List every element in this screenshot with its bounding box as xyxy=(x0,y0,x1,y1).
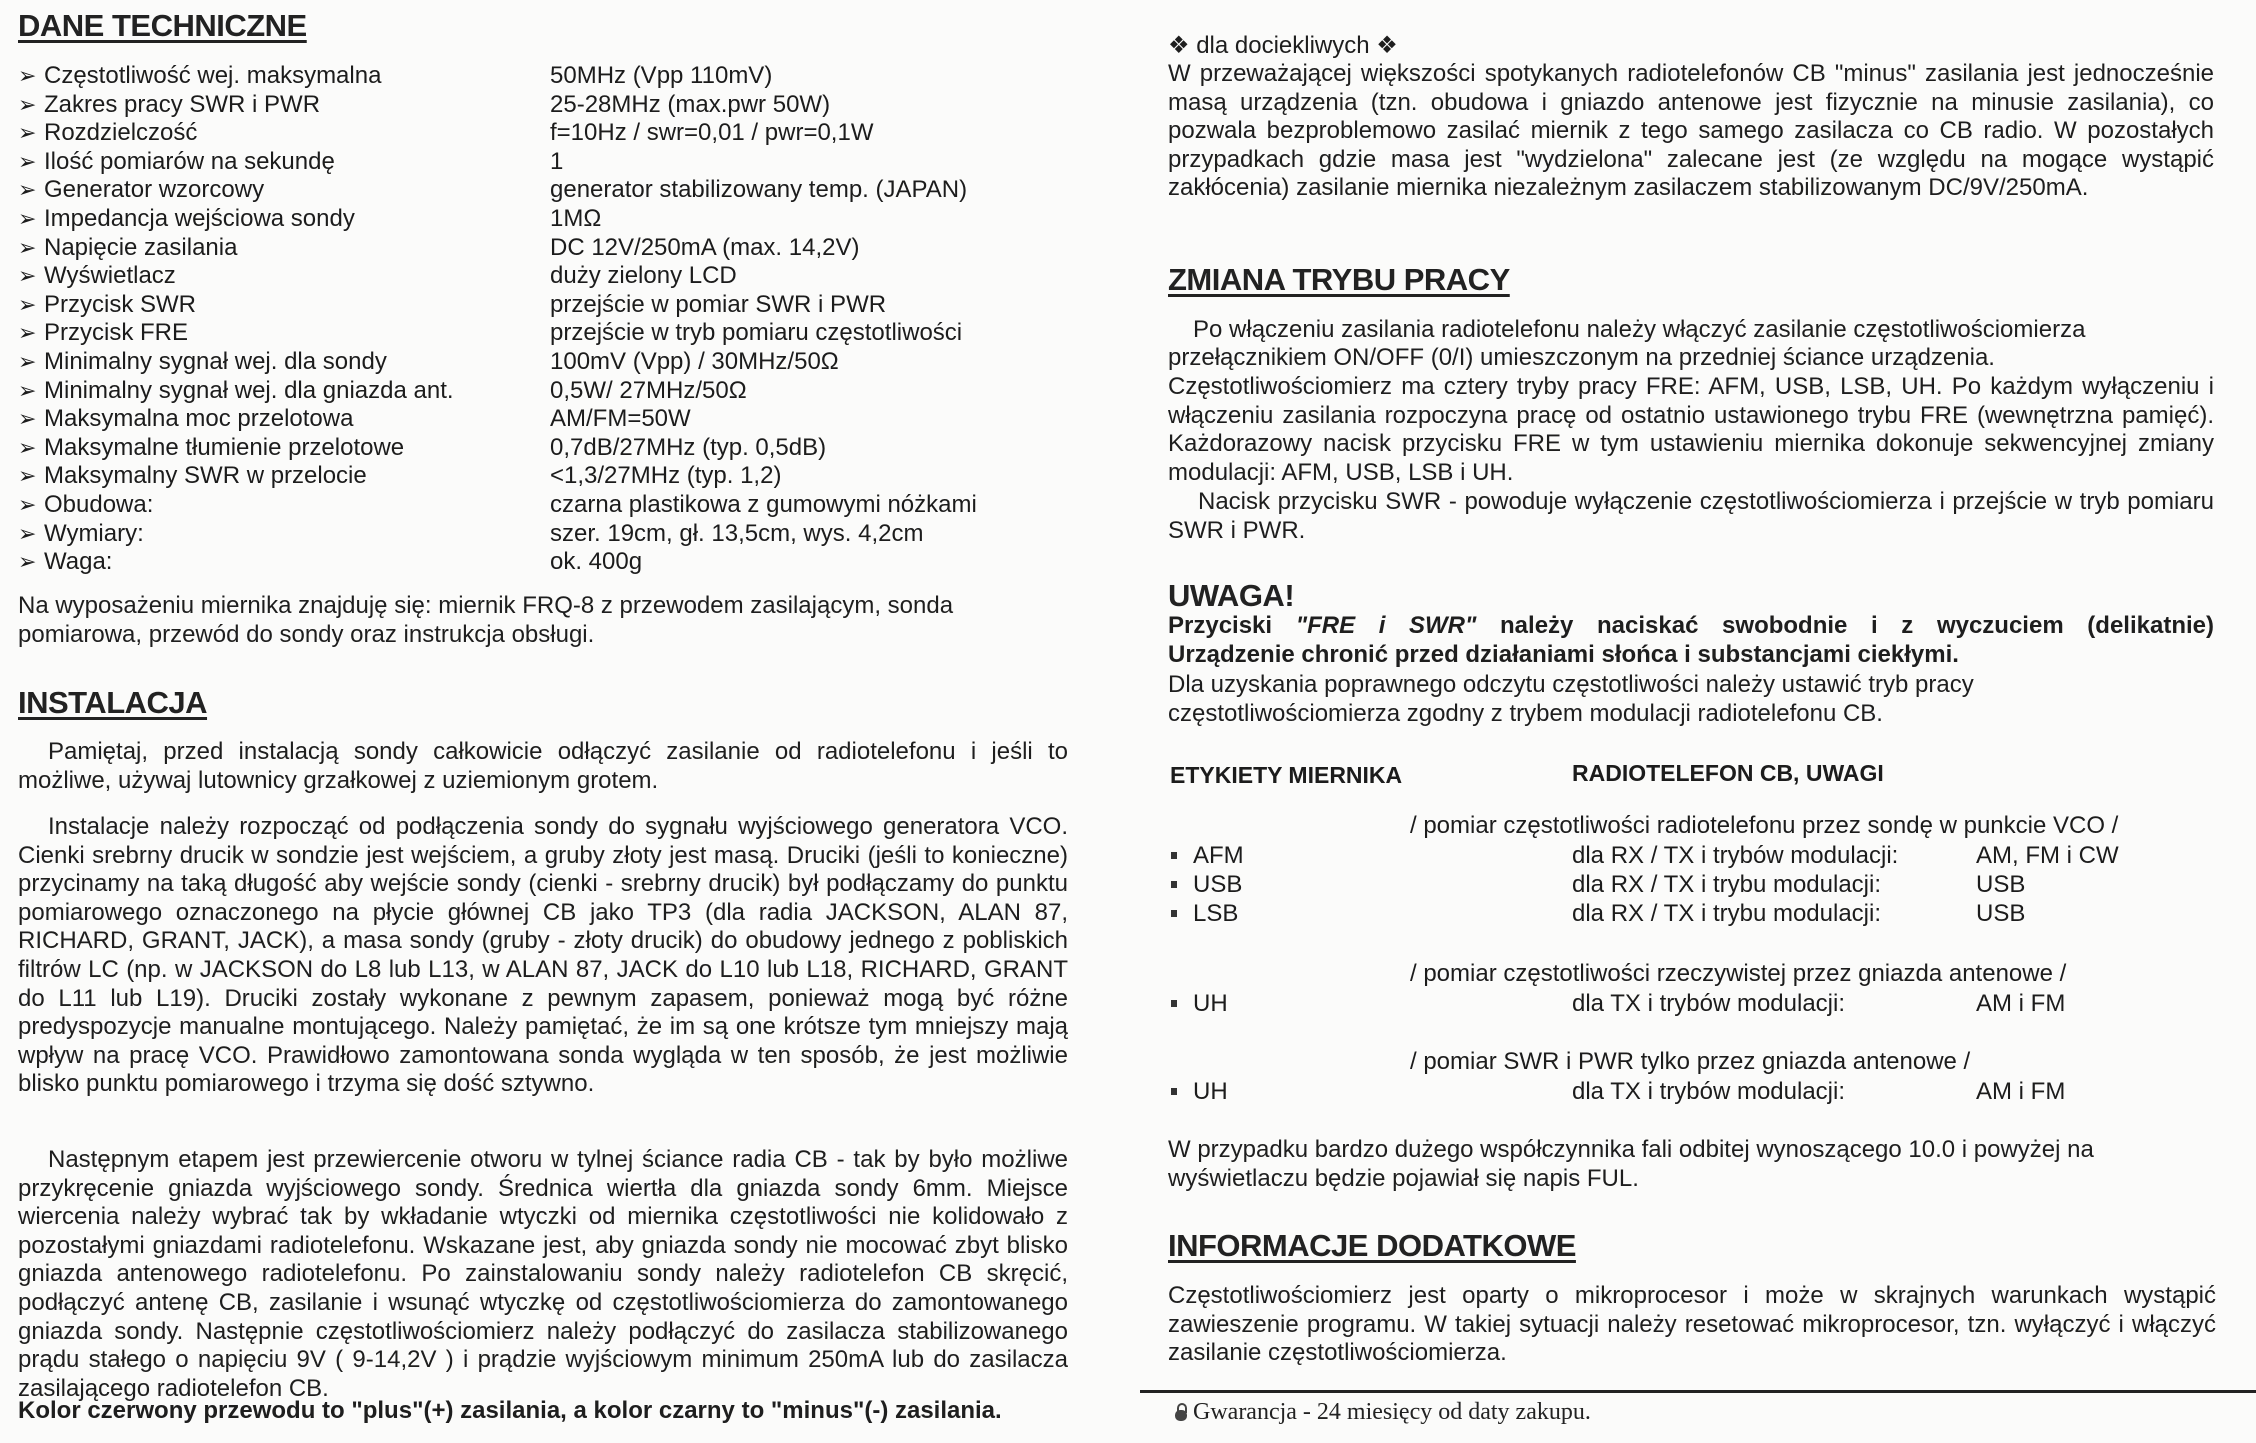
spec-row: ➢Maksymalne tłumienie przelotowe0,7dB/27… xyxy=(18,434,1073,463)
mode-description: dla TX i trybów modulacji: xyxy=(1572,1078,1845,1106)
uwaga-line2: Urządzenie chronić przed działaniami sło… xyxy=(1168,641,1959,670)
spec-label: Generator wzorcowy xyxy=(44,176,264,205)
heading-zmiana-trybu-pracy: ZMIANA TRYBU PRACY xyxy=(1168,262,1510,298)
arrow-bullet-icon: ➢ xyxy=(18,520,36,549)
docieklivi-text: W przeważającej większości spotykanych r… xyxy=(1168,60,2214,203)
spec-value: f=10Hz / swr=0,01 / pwr=0,1W xyxy=(550,119,873,148)
instalacja-paragraph-1: Pamiętaj, przed instalacją sondy całkowi… xyxy=(18,738,1068,795)
spec-list: ➢Częstotliwość wej. maksymalna50MHz (Vpp… xyxy=(18,62,1073,577)
arrow-bullet-icon: ➢ xyxy=(18,91,36,120)
spec-label: Waga: xyxy=(44,548,112,577)
table-header-labels: ETYKIETY MIERNIKA xyxy=(1170,762,1402,789)
spec-value: przejście w pomiar SWR i PWR xyxy=(550,291,886,320)
arrow-bullet-icon: ➢ xyxy=(18,205,36,234)
diamond-icon: ❖ xyxy=(1376,32,1398,59)
power-polarity-warning: Kolor czerwony przewodu to "plus"(+) zas… xyxy=(18,1397,1088,1426)
arrow-bullet-icon: ➢ xyxy=(18,148,36,177)
square-bullet-icon xyxy=(1171,1088,1177,1095)
arrow-bullet-icon: ➢ xyxy=(18,262,36,291)
modulation: AM i FM xyxy=(1976,1078,2065,1106)
spec-value: czarna plastikowa z gumowymi nóżkami xyxy=(550,491,977,520)
padlock-icon xyxy=(1175,1403,1187,1421)
square-bullet-icon xyxy=(1171,910,1177,917)
spec-row: ➢Impedancja wejściowa sondy1MΩ xyxy=(18,205,1073,234)
spec-row: ➢Zakres pracy SWR i PWR25-28MHz (max.pwr… xyxy=(18,91,1073,120)
arrow-bullet-icon: ➢ xyxy=(18,491,36,520)
spec-row: ➢Wymiary:szer. 19cm, gł. 13,5cm, wys. 4,… xyxy=(18,520,1073,549)
meter-label: UH xyxy=(1193,990,1228,1018)
spec-label: Zakres pracy SWR i PWR xyxy=(44,91,320,120)
mode-description: dla RX / TX i trybu modulacji: xyxy=(1572,871,1881,899)
spec-value: DC 12V/250mA (max. 14,2V) xyxy=(550,234,859,263)
spec-label: Impedancja wejściowa sondy xyxy=(44,205,355,234)
arrow-bullet-icon: ➢ xyxy=(18,176,36,205)
spec-value: duży zielony LCD xyxy=(550,262,737,291)
spec-value: 50MHz (Vpp 110mV) xyxy=(550,62,772,91)
spec-label: Rozdzielczość xyxy=(44,119,197,148)
spec-row: ➢Przycisk FREprzejście w tryb pomiaru cz… xyxy=(18,319,1073,348)
spec-row: ➢Ilość pomiarów na sekundę1 xyxy=(18,148,1073,177)
spec-value: generator stabilizowany temp. (JAPAN) xyxy=(550,176,967,205)
spec-value: 0,5W/ 27MHz/50Ω xyxy=(550,377,747,406)
spec-value: 1MΩ xyxy=(550,205,601,234)
equipment-note: Na wyposażeniu miernika znajduję się: mi… xyxy=(18,592,1058,649)
modulation: USB xyxy=(1976,871,2025,899)
arrow-bullet-icon: ➢ xyxy=(18,62,36,91)
table-row: UHdla TX i trybów modulacji:AM i FM xyxy=(1168,990,2216,1019)
table-group-title: / pomiar częstotliwości rzeczywistej prz… xyxy=(1410,960,2066,988)
spec-row: ➢Minimalny sygnał wej. dla gniazda ant.0… xyxy=(18,377,1073,406)
docieklivi-title: ❖ dla dociekliwych ❖ xyxy=(1168,32,1398,61)
spec-label: Maksymalny SWR w przelocie xyxy=(44,462,367,491)
spec-row: ➢Wyświetlaczduży zielony LCD xyxy=(18,262,1073,291)
mode-description: dla RX / TX i trybu modulacji: xyxy=(1572,900,1881,928)
table-group-title: / pomiar SWR i PWR tylko przez gniazda a… xyxy=(1410,1048,1970,1076)
uwaga-buttons-name: "FRE i SWR" xyxy=(1296,612,1477,639)
spec-label: Obudowa: xyxy=(44,491,153,520)
spec-label: Częstotliwość wej. maksymalna xyxy=(44,62,381,91)
table-row: UHdla TX i trybów modulacji:AM i FM xyxy=(1168,1078,2216,1107)
spec-row: ➢Maksymalna moc przelotowaAM/FM=50W xyxy=(18,405,1073,434)
arrow-bullet-icon: ➢ xyxy=(18,462,36,491)
uwaga-line1: Przyciski "FRE i SWR" należy naciskać sw… xyxy=(1168,612,2214,641)
spec-row: ➢Obudowa:czarna plastikowa z gumowymi nó… xyxy=(18,491,1073,520)
uwaga-line4: częstotliwościomierza zgodny z trybem mo… xyxy=(1168,700,1883,729)
spec-row: ➢Częstotliwość wej. maksymalna50MHz (Vpp… xyxy=(18,62,1073,91)
modulation: AM i FM xyxy=(1976,990,2065,1018)
arrow-bullet-icon: ➢ xyxy=(18,348,36,377)
heading-informacje-dodatkowe: INFORMACJE DODATKOWE xyxy=(1168,1228,1576,1264)
spec-value: ok. 400g xyxy=(550,548,642,577)
spec-label: Minimalny sygnał wej. dla gniazda ant. xyxy=(44,377,454,406)
spec-value: 25-28MHz (max.pwr 50W) xyxy=(550,91,830,120)
square-bullet-icon xyxy=(1171,852,1177,859)
ful-note: W przypadku bardzo dużego współczynnika … xyxy=(1168,1136,2188,1193)
spec-label: Maksymalne tłumienie przelotowe xyxy=(44,434,404,463)
spec-value: 100mV (Vpp) / 30MHz/50Ω xyxy=(550,348,839,377)
docieklivi-title-text: dla dociekliwych xyxy=(1196,32,1369,59)
spec-label: Wymiary: xyxy=(44,520,144,549)
diamond-icon: ❖ xyxy=(1168,32,1190,59)
modulation: AM, FM i CW xyxy=(1976,842,2119,870)
arrow-bullet-icon: ➢ xyxy=(18,377,36,406)
spec-label: Ilość pomiarów na sekundę xyxy=(44,148,335,177)
uwaga-line1-c: należy naciskać swobodnie i z wyczuciem … xyxy=(1476,612,2214,639)
arrow-bullet-icon: ➢ xyxy=(18,405,36,434)
spec-value: 0,7dB/27MHz (typ. 0,5dB) xyxy=(550,434,826,463)
zmiana-p1-line2: przełącznikiem ON/OFF (0/I) umieszczonym… xyxy=(1168,344,1995,373)
arrow-bullet-icon: ➢ xyxy=(18,291,36,320)
spec-row: ➢Minimalny sygnał wej. dla sondy100mV (V… xyxy=(18,348,1073,377)
uwaga-line1-a: Przyciski xyxy=(1168,612,1296,639)
spec-label: Maksymalna moc przelotowa xyxy=(44,405,353,434)
table-group-title: / pomiar częstotliwości radiotelefonu pr… xyxy=(1410,812,2118,840)
spec-row: ➢Przycisk SWRprzejście w pomiar SWR i PW… xyxy=(18,291,1073,320)
zmiana-p1-line1: Po włączeniu zasilania radiotelefonu nal… xyxy=(1193,316,2085,345)
table-header-notes: RADIOTELEFON CB, UWAGI xyxy=(1572,760,1884,787)
arrow-bullet-icon: ➢ xyxy=(18,548,36,577)
arrow-bullet-icon: ➢ xyxy=(18,234,36,263)
spec-label: Przycisk FRE xyxy=(44,319,188,348)
spec-label: Wyświetlacz xyxy=(44,262,176,291)
spec-value: 1 xyxy=(550,148,563,177)
mode-description: dla RX / TX i trybów modulacji: xyxy=(1572,842,1898,870)
spec-value: <1,3/27MHz (typ. 1,2) xyxy=(550,462,781,491)
instalacja-paragraph-3: Następnym etapem jest przewiercenie otwo… xyxy=(18,1146,1068,1403)
zmiana-p2: Częstotliwościomierz ma cztery tryby pra… xyxy=(1168,373,2214,487)
table-row: AFMdla RX / TX i trybów modulacji:AM, FM… xyxy=(1168,842,2216,871)
meter-label: UH xyxy=(1193,1078,1228,1106)
meter-label: USB xyxy=(1193,871,1242,899)
table-row: LSBdla RX / TX i trybu modulacji:USB xyxy=(1168,900,2216,929)
modulation: USB xyxy=(1976,900,2025,928)
spec-row: ➢Napięcie zasilaniaDC 12V/250mA (max. 14… xyxy=(18,234,1073,263)
spec-row: ➢Waga:ok. 400g xyxy=(18,548,1073,577)
meter-label: LSB xyxy=(1193,900,1238,928)
spec-row: ➢Generator wzorcowygenerator stabilizowa… xyxy=(18,176,1073,205)
footer-divider xyxy=(1140,1390,2256,1393)
square-bullet-icon xyxy=(1171,881,1177,888)
zmiana-p3: Nacisk przycisku SWR - powoduje wyłączen… xyxy=(1168,488,2214,545)
warranty-footer: Gwarancja - 24 miesięcy od daty zakupu. xyxy=(1175,1399,1591,1426)
arrow-bullet-icon: ➢ xyxy=(18,319,36,348)
warranty-text: Gwarancja - 24 miesięcy od daty zakupu. xyxy=(1193,1399,1591,1425)
instalacja-paragraph-2: Instalacje należy rozpocząć od podłączen… xyxy=(18,813,1068,1099)
meter-label: AFM xyxy=(1193,842,1244,870)
spec-label: Przycisk SWR xyxy=(44,291,196,320)
square-bullet-icon xyxy=(1171,1000,1177,1007)
table-row: USBdla RX / TX i trybu modulacji:USB xyxy=(1168,871,2216,900)
arrow-bullet-icon: ➢ xyxy=(18,119,36,148)
heading-instalacja: INSTALACJA xyxy=(18,685,207,721)
spec-label: Minimalny sygnał wej. dla sondy xyxy=(44,348,387,377)
spec-value: szer. 19cm, gł. 13,5cm, wys. 4,2cm xyxy=(550,520,923,549)
mode-description: dla TX i trybów modulacji: xyxy=(1572,990,1845,1018)
spec-value: przejście w tryb pomiaru częstotliwości xyxy=(550,319,962,348)
heading-uwaga: UWAGA! xyxy=(1168,578,1294,614)
spec-row: ➢Maksymalny SWR w przelocie<1,3/27MHz (t… xyxy=(18,462,1073,491)
spec-label: Napięcie zasilania xyxy=(44,234,237,263)
arrow-bullet-icon: ➢ xyxy=(18,434,36,463)
heading-dane-techniczne: DANE TECHNICZNE xyxy=(18,8,307,44)
spec-value: AM/FM=50W xyxy=(550,405,691,434)
spec-row: ➢Rozdzielczośćf=10Hz / swr=0,01 / pwr=0,… xyxy=(18,119,1073,148)
uwaga-line3: Dla uzyskania poprawnego odczytu częstot… xyxy=(1168,671,1974,700)
informacje-text: Częstotliwościomierz jest oparty o mikro… xyxy=(1168,1282,2216,1368)
